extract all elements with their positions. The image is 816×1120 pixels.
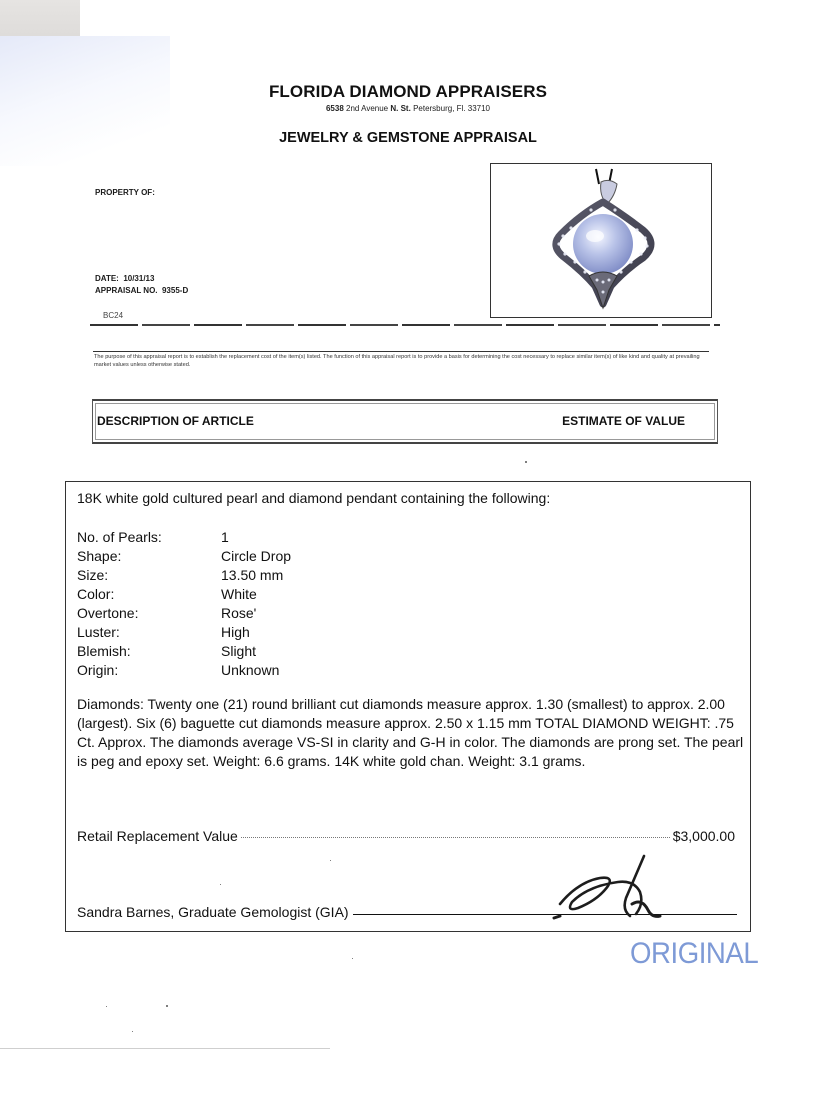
signer-name: Sandra Barnes, Graduate Gemologist (GIA) bbox=[77, 904, 349, 920]
spec-label: Color: bbox=[77, 585, 221, 604]
spec-row: No. of Pearls: 1 bbox=[77, 528, 291, 547]
date-value: 10/31/13 bbox=[123, 274, 154, 283]
scan-speck bbox=[106, 1006, 107, 1007]
spec-row: Size: 13.50 mm bbox=[77, 566, 291, 585]
spec-value: 1 bbox=[221, 528, 229, 547]
spec-value: 13.50 mm bbox=[221, 566, 283, 585]
description-table-header: DESCRIPTION OF ARTICLE ESTIMATE OF VALUE bbox=[92, 399, 718, 444]
date-field: DATE: 10/31/13 bbox=[95, 274, 154, 283]
spec-value: Rose' bbox=[221, 604, 256, 623]
value-label: Retail Replacement Value bbox=[77, 828, 238, 844]
property-of-label: PROPERTY OF: bbox=[95, 188, 155, 197]
spec-value: Circle Drop bbox=[221, 547, 291, 566]
scan-artifact-corner bbox=[0, 0, 80, 36]
company-name: FLORIDA DIAMOND APPRAISERS bbox=[0, 82, 816, 102]
article-intro: 18K white gold cultured pearl and diamon… bbox=[77, 490, 550, 506]
spec-row: Luster: High bbox=[77, 623, 291, 642]
company-address: 6538 2nd Avenue N. St. Petersburg, Fl. 3… bbox=[0, 104, 816, 113]
handwritten-signature-icon bbox=[548, 852, 668, 924]
disclaimer-divider bbox=[93, 351, 709, 352]
spec-row: Shape: Circle Drop bbox=[77, 547, 291, 566]
spec-label: Origin: bbox=[77, 661, 221, 680]
diamond-details: Diamonds: Twenty one (21) round brillian… bbox=[77, 695, 747, 771]
pearl-specifications: No. of Pearls: 1 Shape: Circle Drop Size… bbox=[77, 528, 291, 680]
description-column-label: DESCRIPTION OF ARTICLE bbox=[97, 414, 254, 428]
spec-label: No. of Pearls: bbox=[77, 528, 221, 547]
retail-replacement-value: Retail Replacement Value $3,000.00 bbox=[77, 828, 735, 848]
spec-label: Luster: bbox=[77, 623, 221, 642]
original-stamp: ORIGINAL bbox=[630, 937, 758, 971]
spec-value: Unknown bbox=[221, 661, 279, 680]
appraisal-number-label: APPRAISAL NO. bbox=[95, 286, 158, 295]
spec-value: Slight bbox=[221, 642, 256, 661]
estimate-column-label: ESTIMATE OF VALUE bbox=[562, 414, 685, 428]
reference-code: BC24 bbox=[103, 311, 123, 320]
address-city: Petersburg, Fl. 33710 bbox=[413, 104, 490, 113]
document-title: JEWELRY & GEMSTONE APPRAISAL bbox=[0, 130, 816, 146]
pearl-pendant-icon bbox=[491, 164, 712, 318]
spec-label: Shape: bbox=[77, 547, 221, 566]
appraisal-number-value: 9355-D bbox=[162, 286, 188, 295]
spec-row: Color: White bbox=[77, 585, 291, 604]
spec-value: High bbox=[221, 623, 250, 642]
scan-artifact-line bbox=[0, 1048, 330, 1049]
spec-label: Blemish: bbox=[77, 642, 221, 661]
value-amount: $3,000.00 bbox=[673, 828, 735, 844]
scan-speck bbox=[525, 461, 527, 463]
spec-label: Size: bbox=[77, 566, 221, 585]
date-label: DATE: bbox=[95, 274, 119, 283]
spec-row: Origin: Unknown bbox=[77, 661, 291, 680]
spec-row: Overtone: Rose' bbox=[77, 604, 291, 623]
scan-speck bbox=[132, 1031, 133, 1032]
section-divider bbox=[90, 324, 720, 326]
pendant-photo bbox=[490, 163, 712, 318]
disclaimer-text: The purpose of this appraisal report is … bbox=[94, 353, 714, 369]
spec-value: White bbox=[221, 585, 257, 604]
spec-label: Overtone: bbox=[77, 604, 221, 623]
spec-row: Blemish: Slight bbox=[77, 642, 291, 661]
scan-speck bbox=[166, 1005, 168, 1007]
dot-leader bbox=[241, 837, 670, 838]
address-direction: N. St. bbox=[390, 104, 410, 113]
address-street: 2nd Avenue bbox=[346, 104, 388, 113]
appraisal-number-field: APPRAISAL NO. 9355-D bbox=[95, 286, 188, 295]
scan-speck bbox=[352, 958, 353, 959]
address-number: 6538 bbox=[326, 104, 344, 113]
signature-underline bbox=[353, 914, 737, 915]
